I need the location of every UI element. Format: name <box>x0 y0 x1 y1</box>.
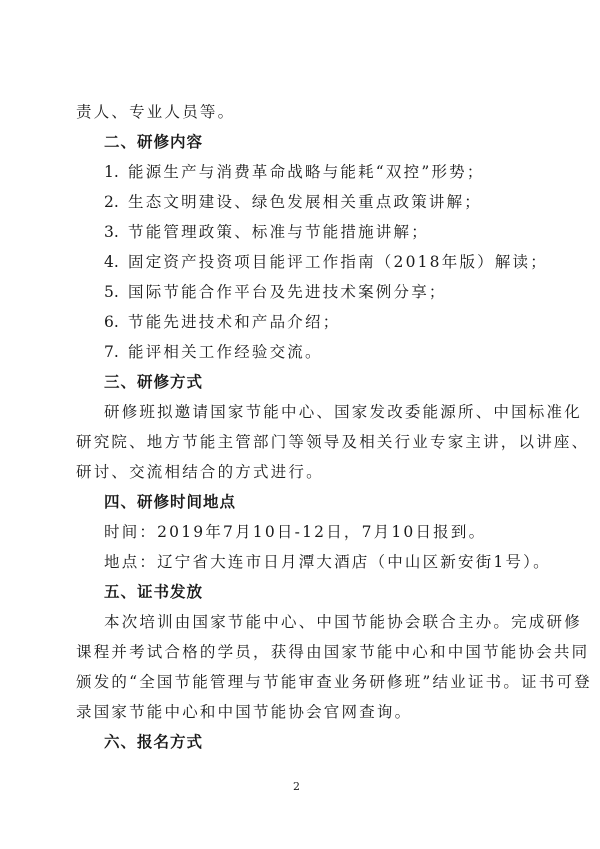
section-heading-certificate: 五、证书发放 <box>104 582 203 602</box>
page-number: 2 <box>293 780 300 793</box>
list-item: 1.能源生产与消费革命战略与能耗“双控”形势； <box>104 162 485 182</box>
paragraph-line: 颁发的“全国节能管理与节能审查业务研修班”结业证书。证书可登 <box>76 672 592 692</box>
paragraph-line: 课程并考试合格的学员，获得由国家节能中心和中国节能协会共同 <box>76 642 589 662</box>
list-item: 2.生态文明建设、绿色发展相关重点政策讲解； <box>104 192 482 212</box>
time-line: 时间：2019年7月10日-12日，7月10日报到。 <box>104 522 486 542</box>
paragraph-line: 本次培训由国家节能中心、中国节能协会联合主办。完成研修 <box>104 612 582 632</box>
continuation-text: 责人、专业人员等。 <box>76 102 235 122</box>
place-line: 地点：辽宁省大连市日月潭大酒店（中山区新安街1号）。 <box>104 552 551 572</box>
paragraph-line: 研讨、交流相结合的方式进行。 <box>76 462 324 482</box>
section-heading-time-place: 四、研修时间地点 <box>104 492 236 512</box>
list-item: 4.固定资产投资项目能评工作指南（2018年版）解读； <box>104 252 548 272</box>
list-item: 5.国际节能合作平台及先进技术案例分享； <box>104 282 447 302</box>
paragraph-line: 录国家节能中心和中国节能协会官网查询。 <box>76 702 412 722</box>
paragraph-line: 研究院、地方节能主管部门等领导及相关行业专家主讲，以讲座、 <box>76 432 589 452</box>
section-heading-content: 二、研修内容 <box>104 132 203 152</box>
list-item: 7.能评相关工作经验交流。 <box>104 342 323 362</box>
section-heading-method: 三、研修方式 <box>104 372 203 392</box>
list-item: 3.节能管理政策、标准与节能措施讲解； <box>104 222 429 242</box>
paragraph-line: 研修班拟邀请国家节能中心、国家发改委能源所、中国标准化 <box>104 402 582 422</box>
section-heading-registration: 六、报名方式 <box>104 732 203 752</box>
list-item: 6.节能先进技术和产品介绍； <box>104 312 340 332</box>
